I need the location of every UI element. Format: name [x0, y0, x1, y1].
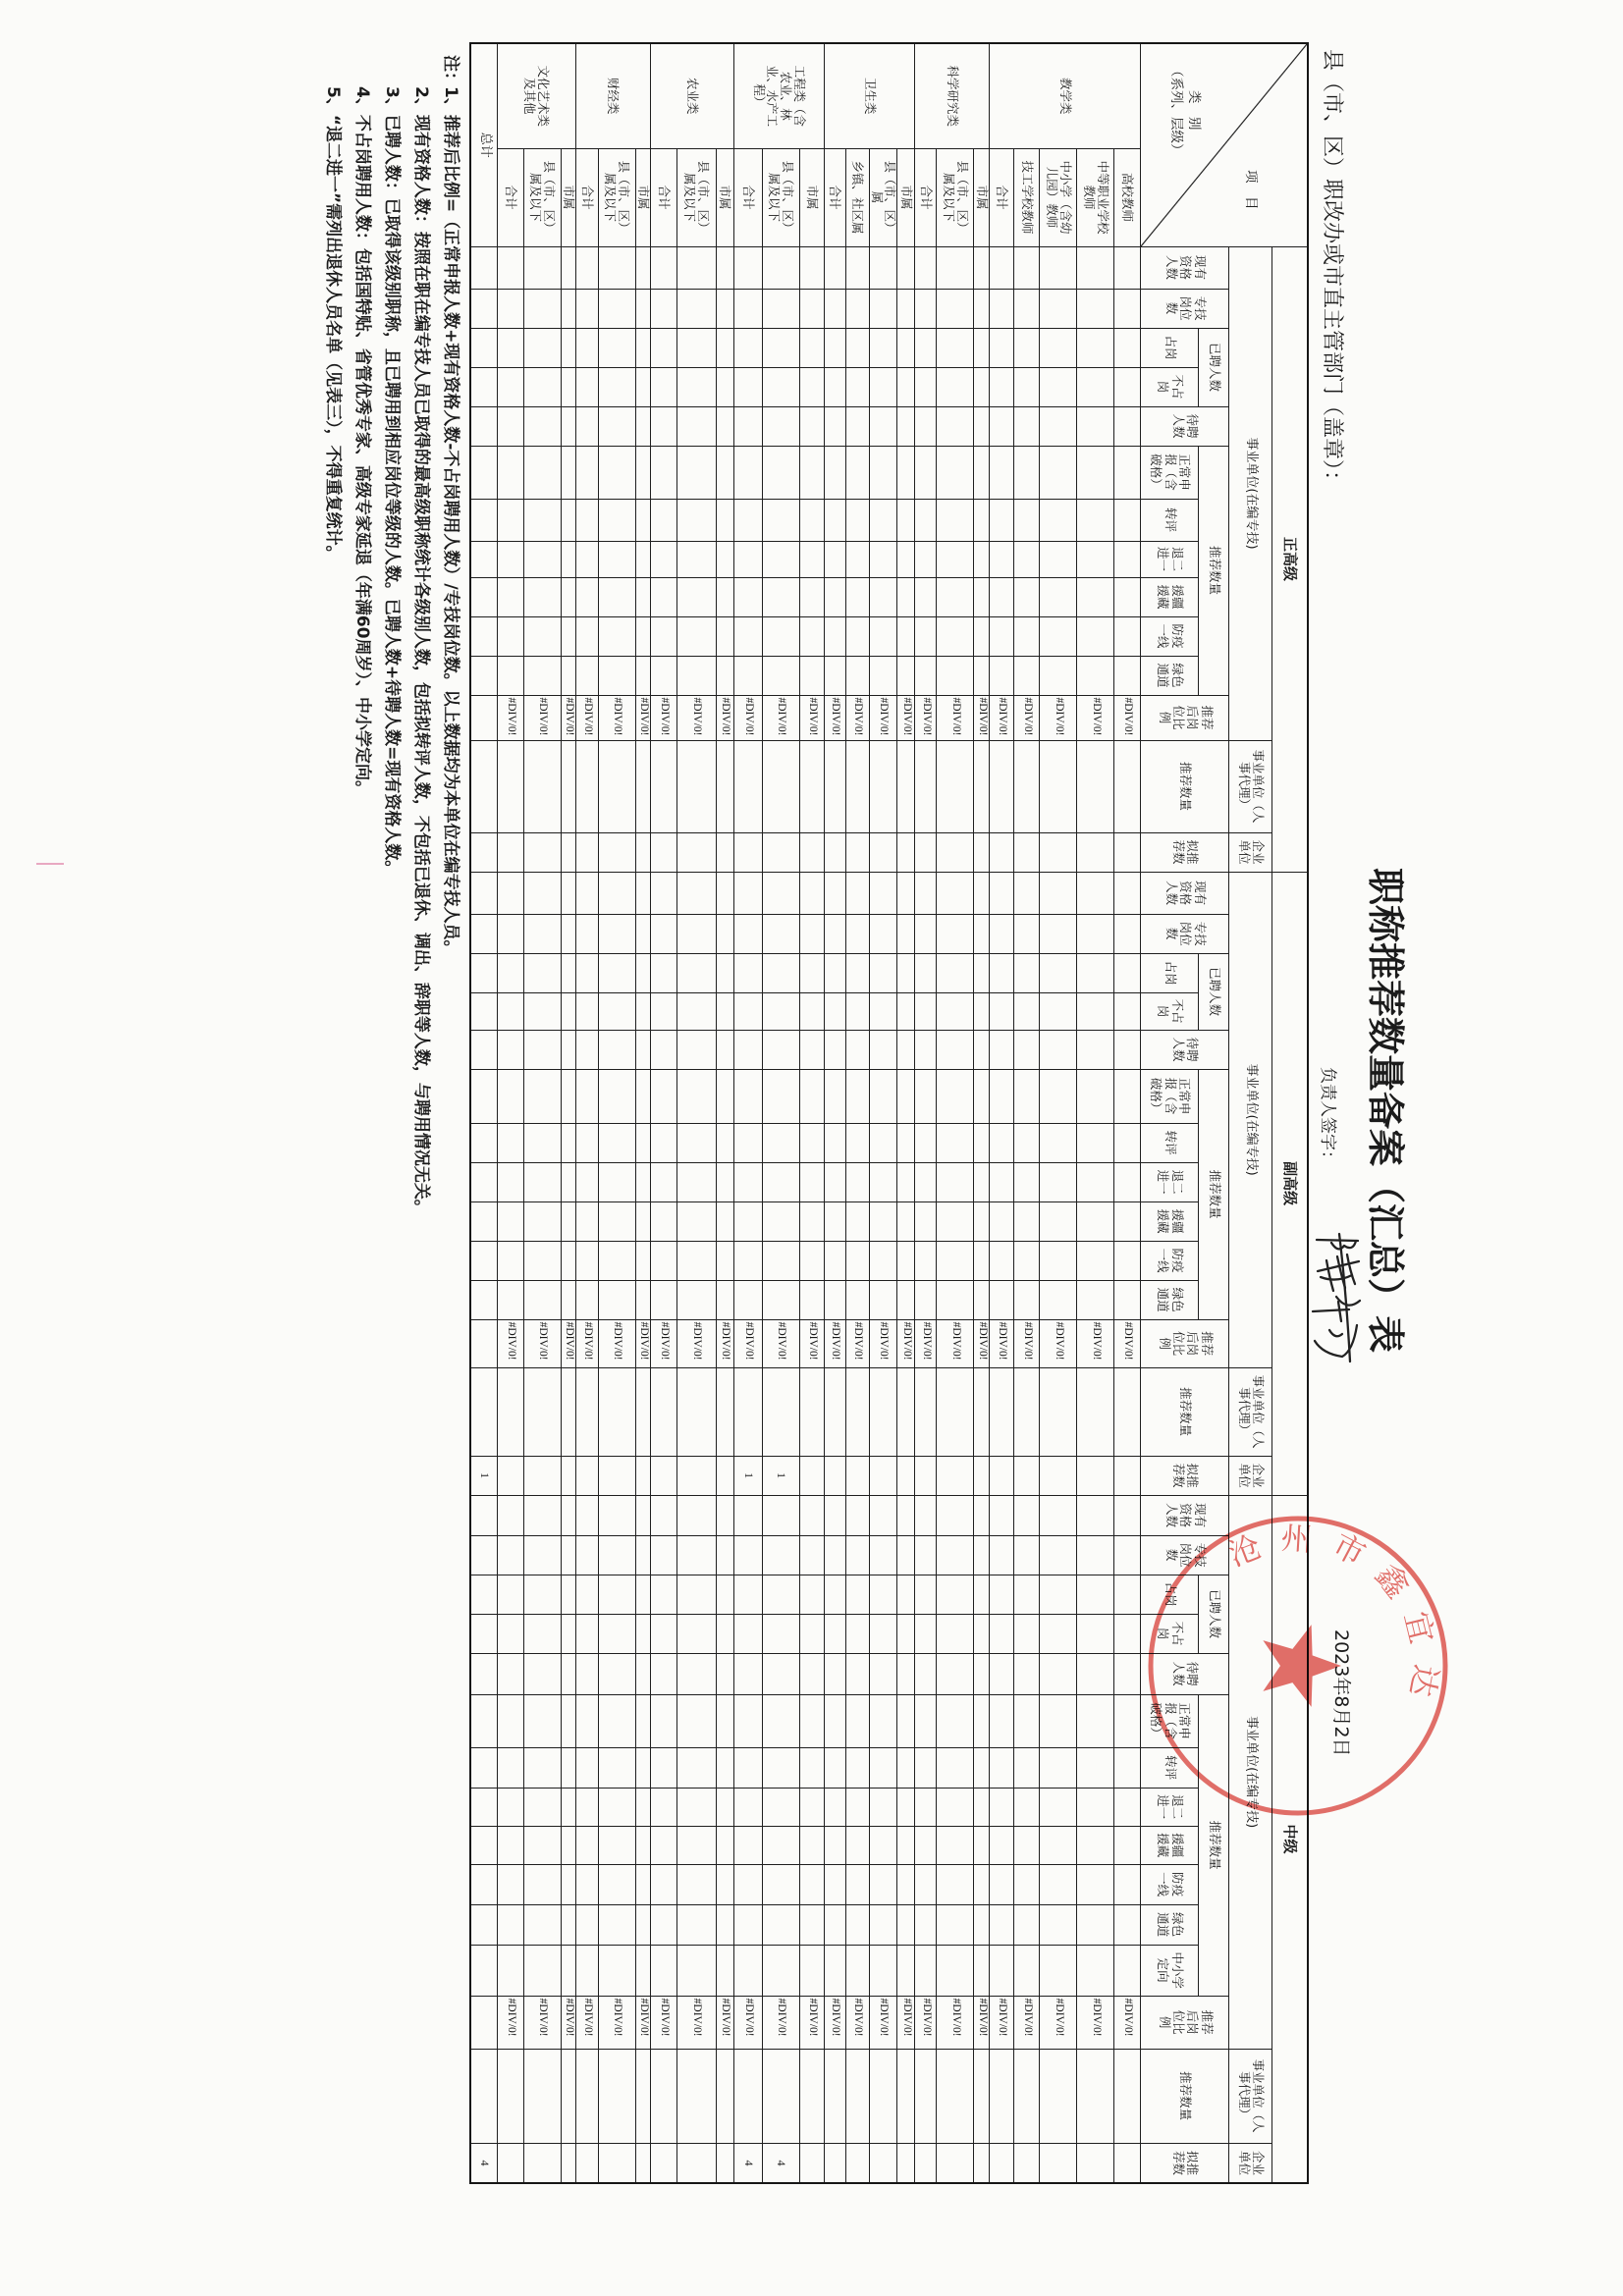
row-label-text: 合计: [580, 158, 594, 237]
data-cell: [937, 1788, 974, 1826]
data-cell: [677, 1162, 717, 1201]
data-cell: [562, 577, 576, 616]
data-cell: 1: [734, 1456, 763, 1495]
data-cell: [576, 1614, 599, 1653]
data-cell: [1040, 992, 1077, 1030]
data-cell: [471, 656, 498, 695]
data-cell: [599, 1788, 636, 1826]
data-cell: [897, 740, 915, 832]
data-cell: [677, 992, 717, 1030]
data-cell: [800, 1864, 825, 1904]
corner-item-label: 项 目: [1242, 170, 1258, 210]
data-cell: [825, 616, 846, 656]
stray-ink-mark: [36, 863, 64, 865]
data-cell: [974, 1495, 990, 1535]
data-cell: [846, 246, 870, 289]
table-row: 文化艺术类及其他市属#DIV/0!#DIV/0!#DIV/0!: [562, 43, 576, 2183]
recommend-sub-header-text: 绿色通道: [1156, 663, 1184, 688]
data-cell: [677, 1826, 717, 1864]
institution-header: 事业单位(在编专技): [1229, 872, 1272, 1367]
data-cell: [915, 1280, 937, 1319]
data-cell: [1114, 289, 1141, 328]
data-cell: [717, 992, 734, 1030]
data-cell: [870, 1241, 898, 1280]
recommend-sub-header-text: 援疆援藏: [1156, 584, 1184, 610]
data-cell: [990, 577, 1014, 616]
data-cell: [576, 246, 599, 289]
ratio-header: 推荐后岗位比例: [1141, 1319, 1229, 1367]
data-cell: [562, 872, 576, 914]
data-cell: [763, 1945, 800, 1996]
data-cell: [1014, 1123, 1040, 1162]
data-cell: [937, 406, 974, 446]
data-cell: [937, 367, 974, 406]
data-cell: [915, 1201, 937, 1241]
data-cell: [498, 1069, 524, 1123]
corner-category-note: （系列、层级）: [1167, 64, 1183, 157]
row-label: 县（市、区）属: [870, 148, 898, 246]
data-cell: [897, 1280, 915, 1319]
data-cell: [825, 1456, 846, 1495]
data-cell: [1114, 1575, 1141, 1614]
data-cell: [1040, 1826, 1077, 1864]
data-cell: [471, 832, 498, 872]
data-cell: [870, 2049, 898, 2143]
data-cell: [870, 740, 898, 832]
data-cell: [498, 1123, 524, 1162]
hired-header: 已聘人数: [1199, 1575, 1229, 1653]
data-cell: [763, 328, 800, 367]
data-cell: [800, 872, 825, 914]
data-cell: [800, 1280, 825, 1319]
data-cell: [825, 1653, 846, 1694]
recommend-sub-header-text: 绿色通道: [1156, 1912, 1184, 1938]
header-row: 项 目类 别（系列、层级）正高级副高级中级: [1272, 43, 1308, 2183]
data-cell: [846, 740, 870, 832]
data-cell: [576, 1367, 599, 1456]
data-cell: [1040, 1280, 1077, 1319]
data-cell: [937, 1367, 974, 1456]
data-cell: [576, 1162, 599, 1201]
data-cell: [897, 1456, 915, 1495]
data-cell: [636, 1201, 651, 1241]
data-cell: [1077, 246, 1114, 289]
data-cell: [1040, 953, 1077, 992]
data-cell: [1077, 446, 1114, 499]
data-cell: [990, 541, 1014, 577]
data-cell: [846, 872, 870, 914]
data-cell: [651, 1945, 677, 1996]
data-cell: [576, 1123, 599, 1162]
data-cell: #DIV/0!: [636, 1996, 651, 2049]
data-cell: [498, 577, 524, 616]
category-label-text: 工程类（含农业、林业、水产工程）: [752, 63, 806, 130]
data-cell: [576, 872, 599, 914]
data-cell: [677, 1201, 717, 1241]
row-label: 乡镇、社区属: [846, 148, 870, 246]
data-cell: [498, 2049, 524, 2143]
data-cell: [897, 446, 915, 499]
data-cell: [990, 2143, 1014, 2183]
data-cell: [717, 446, 734, 499]
data-cell: [1114, 1367, 1141, 1456]
level-header: 正高级: [1272, 246, 1308, 872]
data-cell: [846, 1614, 870, 1653]
data-cell: [717, 499, 734, 541]
data-cell: [915, 953, 937, 992]
data-cell: #DIV/0!: [562, 1319, 576, 1367]
data-cell: [498, 1653, 524, 1694]
data-cell: [1014, 1904, 1040, 1945]
data-cell: [1114, 1069, 1141, 1123]
table-row: 合计#DIV/0!#DIV/0!#DIV/0!: [576, 43, 599, 2183]
data-cell: 4: [763, 2143, 800, 2183]
data-cell: [562, 656, 576, 695]
data-cell: [974, 328, 990, 367]
data-cell: [599, 656, 636, 695]
data-cell: #DIV/0!: [576, 695, 599, 740]
data-cell: [990, 1747, 1014, 1788]
data-cell: [825, 328, 846, 367]
data-cell: [1014, 367, 1040, 406]
data-cell: [990, 246, 1014, 289]
table-row: 财经类市属#DIV/0!#DIV/0!#DIV/0!: [636, 43, 651, 2183]
data-cell: [576, 1575, 599, 1614]
data-cell: [974, 1030, 990, 1069]
data-cell: [1014, 446, 1040, 499]
data-cell: [636, 1575, 651, 1614]
data-cell: [524, 1030, 562, 1069]
data-cell: [763, 914, 800, 953]
data-cell: [763, 872, 800, 914]
data-cell: [915, 1123, 937, 1162]
data-cell: [1014, 328, 1040, 367]
data-cell: #DIV/0!: [1040, 1996, 1077, 2049]
posts-header-text: 专技岗位数: [1163, 921, 1206, 946]
data-cell: [599, 1614, 636, 1653]
data-cell: [562, 1123, 576, 1162]
data-cell: [1077, 1945, 1114, 1996]
data-cell: [763, 1694, 800, 1747]
data-cell: [734, 541, 763, 577]
data-cell: [599, 1123, 636, 1162]
data-cell: [915, 1694, 937, 1747]
data-cell: [524, 832, 562, 872]
data-cell: [937, 1456, 974, 1495]
data-cell: [636, 289, 651, 328]
data-cell: [763, 1201, 800, 1241]
data-cell: [717, 872, 734, 914]
data-cell: [763, 1535, 800, 1575]
data-cell: [562, 914, 576, 953]
recommend-sub-header: 援疆援藏: [1141, 1201, 1199, 1241]
data-cell: [471, 1694, 498, 1747]
data-cell: #DIV/0!: [937, 1996, 974, 2049]
data-cell: [734, 740, 763, 832]
data-cell: [717, 1747, 734, 1788]
data-cell: [576, 406, 599, 446]
data-cell: [800, 1069, 825, 1123]
data-cell: [1014, 914, 1040, 953]
data-cell: [1014, 616, 1040, 656]
data-cell: [990, 1241, 1014, 1280]
data-cell: [599, 2143, 636, 2183]
row-label-text: 县（市、区）属及以下: [604, 158, 631, 237]
row-label: 技工学校教师: [1014, 148, 1040, 246]
data-cell: [990, 656, 1014, 695]
data-cell: [974, 1694, 990, 1747]
data-cell: [870, 1904, 898, 1945]
data-cell: [576, 289, 599, 328]
row-label: 市属: [800, 148, 825, 246]
recommend-sub-header-text: 防疫一线: [1156, 1872, 1184, 1897]
data-cell: [498, 1826, 524, 1864]
data-cell: [1114, 1123, 1141, 1162]
data-cell: [846, 2143, 870, 2183]
data-cell: [498, 1535, 524, 1575]
data-cell: [471, 446, 498, 499]
data-cell: [846, 541, 870, 577]
data-cell: [1014, 832, 1040, 872]
data-cell: [599, 1904, 636, 1945]
data-cell: [734, 1826, 763, 1864]
data-cell: [734, 289, 763, 328]
data-cell: [990, 914, 1014, 953]
data-cell: [677, 1945, 717, 1996]
data-cell: #DIV/0!: [677, 695, 717, 740]
data-cell: [1114, 499, 1141, 541]
data-cell: [937, 446, 974, 499]
posts-header: 专技岗位数: [1141, 914, 1229, 953]
data-cell: [576, 1747, 599, 1788]
data-cell: #DIV/0!: [717, 1319, 734, 1367]
data-cell: [1014, 1069, 1040, 1123]
table-row: 教学类高校教师#DIV/0!#DIV/0!#DIV/0!: [1114, 43, 1141, 2183]
data-cell: [1040, 1456, 1077, 1495]
data-cell: [524, 1201, 562, 1241]
data-cell: [937, 740, 974, 832]
hired-sub-header: 占岗: [1141, 1575, 1199, 1614]
data-cell: [498, 1367, 524, 1456]
row-label-text: 县（市、区）属及以下: [529, 158, 557, 237]
data-cell: [1114, 1904, 1141, 1945]
data-cell: [937, 872, 974, 914]
category-label: 农业类: [651, 43, 734, 148]
data-cell: #DIV/0!: [846, 1319, 870, 1367]
data-cell: [498, 1694, 524, 1747]
data-cell: [870, 1747, 898, 1788]
data-cell: [651, 446, 677, 499]
data-cell: #DIV/0!: [599, 1996, 636, 2049]
data-cell: [1077, 1747, 1114, 1788]
data-cell: [471, 1535, 498, 1575]
data-cell: [471, 246, 498, 289]
data-cell: [562, 1456, 576, 1495]
data-cell: [524, 541, 562, 577]
enterprise-col-header: 拟推荐数: [1141, 2143, 1229, 2183]
data-cell: [1114, 832, 1141, 872]
data-cell: [915, 1826, 937, 1864]
data-cell: [576, 2049, 599, 2143]
data-cell: [1014, 246, 1040, 289]
data-cell: [800, 499, 825, 541]
data-cell: [576, 1788, 599, 1826]
recommend-sub-header: 中小学定向: [1141, 1945, 1199, 1996]
data-cell: [471, 1030, 498, 1069]
data-cell: [1114, 656, 1141, 695]
corner-header-cell: 项 目类 别（系列、层级）: [1141, 43, 1308, 246]
data-cell: [1114, 1614, 1141, 1653]
data-cell: [1077, 2049, 1114, 2143]
data-cell: [599, 1069, 636, 1123]
data-cell: [974, 740, 990, 832]
data-cell: [717, 328, 734, 367]
data-cell: [677, 1575, 717, 1614]
data-cell: [734, 367, 763, 406]
data-cell: [1077, 1653, 1114, 1694]
notes-section: 注： 1、推荐后比例=（正常申报人数+现有资格人数-不占岗聘用人数）/专技岗位数…: [318, 55, 465, 1216]
data-cell: [651, 367, 677, 406]
data-cell: [1040, 1030, 1077, 1069]
data-cell: #DIV/0!: [915, 1996, 937, 2049]
data-cell: [576, 446, 599, 499]
table-row: 合计#DIV/0!#DIV/0!1#DIV/0!4: [734, 43, 763, 2183]
data-cell: [1114, 1201, 1141, 1241]
data-cell: [717, 1030, 734, 1069]
data-cell: [1014, 1495, 1040, 1535]
data-cell: [562, 541, 576, 577]
data-cell: [915, 367, 937, 406]
row-label: 合计: [915, 148, 937, 246]
table-row: 科学研究类市属#DIV/0!#DIV/0!#DIV/0!: [974, 43, 990, 2183]
data-cell: [1040, 740, 1077, 832]
data-cell: [1114, 1495, 1141, 1535]
data-cell: [562, 616, 576, 656]
data-cell: [1014, 1367, 1040, 1456]
data-cell: [498, 367, 524, 406]
data-cell: [937, 1280, 974, 1319]
data-cell: [599, 740, 636, 832]
data-cell: [870, 1280, 898, 1319]
data-cell: [471, 499, 498, 541]
data-cell: [1040, 541, 1077, 577]
data-cell: [717, 367, 734, 406]
data-cell: [800, 1614, 825, 1653]
notes-prefix: 注：: [436, 55, 465, 88]
data-cell: [677, 1367, 717, 1456]
header-row: 占岗不占岗正常申报（含破格）转评退二进一援疆援藏防疫一线绿色通道占岗不占岗正常申…: [1141, 43, 1199, 2183]
data-cell: [651, 1456, 677, 1495]
data-cell: [897, 953, 915, 992]
row-label-text: 市属: [975, 158, 989, 237]
data-cell: [1114, 914, 1141, 953]
data-cell: #DIV/0!: [677, 1319, 717, 1367]
data-cell: [677, 577, 717, 616]
data-cell: [717, 577, 734, 616]
data-cell: [915, 1162, 937, 1201]
data-cell: [636, 656, 651, 695]
data-cell: [800, 1575, 825, 1614]
data-cell: #DIV/0!: [498, 695, 524, 740]
data-cell: [677, 953, 717, 992]
data-cell: [599, 1694, 636, 1747]
data-cell: [524, 872, 562, 914]
data-cell: [651, 2143, 677, 2183]
data-cell: [562, 446, 576, 499]
qualified-header: 现有资格人数: [1141, 872, 1229, 914]
recommend-sub-header-text: 正常申报（含破格）: [1149, 1077, 1191, 1115]
recommend-sub-header-text: 援疆援藏: [1156, 1208, 1184, 1234]
data-cell: [677, 832, 717, 872]
hired-sub-header-text: 占岗: [1163, 960, 1176, 986]
data-cell: [897, 1788, 915, 1826]
data-cell: [990, 1904, 1014, 1945]
data-cell: [1114, 367, 1141, 406]
data-cell: [1077, 1201, 1114, 1241]
data-cell: [636, 541, 651, 577]
enterprise-group-header: 企业单位: [1229, 1456, 1272, 1495]
data-cell: [562, 1826, 576, 1864]
data-cell: [897, 328, 915, 367]
data-cell: [734, 406, 763, 446]
enterprise-col-header: 拟推荐数: [1141, 1456, 1229, 1495]
data-cell: [974, 1788, 990, 1826]
data-cell: [498, 740, 524, 832]
data-cell: [846, 832, 870, 872]
category-label-text: 教学类: [1058, 63, 1072, 130]
data-cell: [915, 499, 937, 541]
data-cell: [1077, 1495, 1114, 1535]
data-cell: [734, 1535, 763, 1575]
data-cell: [471, 740, 498, 832]
data-cell: [636, 1614, 651, 1653]
data-cell: [990, 1201, 1014, 1241]
data-cell: [1077, 1904, 1114, 1945]
data-cell: [1077, 1241, 1114, 1280]
data-cell: [846, 1945, 870, 1996]
data-cell: [599, 577, 636, 616]
data-cell: [524, 1747, 562, 1788]
data-cell: #DIV/0!: [651, 695, 677, 740]
data-cell: [897, 1614, 915, 1653]
data-cell: [915, 1945, 937, 1996]
data-cell: #DIV/0!: [800, 1319, 825, 1367]
data-cell: #DIV/0!: [1114, 1996, 1141, 2049]
data-cell: [677, 914, 717, 953]
data-cell: [636, 1495, 651, 1535]
data-cell: [562, 1788, 576, 1826]
row-label-text: 县（市、区）属及以下: [942, 158, 969, 237]
data-cell: [498, 446, 524, 499]
data-cell: [636, 499, 651, 541]
recommend-sub-header-text: 绿色通道: [1156, 1287, 1184, 1312]
data-cell: [599, 1162, 636, 1201]
note-item: 2、现有资格人数：按照在职在编专技人员已取得的最高级职称统计各级别人数，包括拟转…: [406, 55, 436, 1216]
data-cell: [734, 832, 763, 872]
data-cell: [562, 499, 576, 541]
recommend-sub-header: 防疫一线: [1141, 1864, 1199, 1904]
data-cell: [1014, 1694, 1040, 1747]
data-cell: [915, 1241, 937, 1280]
data-cell: [717, 1367, 734, 1456]
data-cell: [915, 1747, 937, 1788]
data-cell: [897, 1495, 915, 1535]
data-cell: [915, 1535, 937, 1575]
data-cell: [897, 1162, 915, 1201]
recommend-sub-header: 转评: [1141, 499, 1199, 541]
enterprise-group-header-text: 企业单位: [1237, 2150, 1266, 2175]
data-cell: [897, 541, 915, 577]
